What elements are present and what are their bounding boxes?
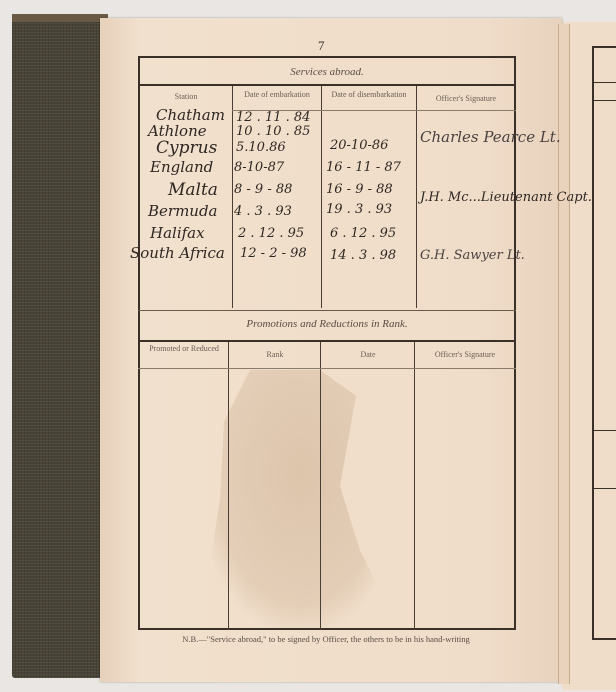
embarkation-cell: 12 . 11 . 84 bbox=[236, 110, 310, 125]
embarkation-cell: 12 - 2 - 98 bbox=[240, 246, 307, 261]
footnote: N.B.—"Service abroad," to be signed by O… bbox=[146, 634, 506, 644]
section-rule bbox=[138, 340, 516, 342]
disembarkation-cell: 16 - 11 - 87 bbox=[326, 160, 401, 175]
col-rank: Rank bbox=[230, 350, 320, 359]
col-officer-signature: Officer's Signature bbox=[418, 94, 514, 103]
station-cell: Bermuda bbox=[148, 202, 218, 220]
column-divider bbox=[414, 342, 415, 630]
officer-signature: G.H. Sawyer Lt. bbox=[420, 248, 525, 263]
officer-signature: Charles Pearce Lt. bbox=[420, 128, 561, 146]
binding-gutter bbox=[558, 24, 570, 684]
facing-page-rule bbox=[594, 100, 616, 101]
disembarkation-cell: 20-10-86 bbox=[330, 138, 388, 153]
column-divider bbox=[228, 342, 229, 630]
station-cell: Halifax bbox=[150, 224, 205, 242]
embarkation-cell: 10 . 10 . 85 bbox=[236, 124, 310, 139]
column-divider bbox=[321, 86, 322, 308]
promotions-title: Promotions and Reductions in Rank. bbox=[140, 318, 514, 330]
embarkation-cell: 8-10-87 bbox=[234, 160, 284, 175]
column-divider bbox=[416, 86, 417, 308]
embarkation-cell: 5.10.86 bbox=[236, 140, 286, 155]
column-divider bbox=[320, 342, 321, 630]
column-divider bbox=[232, 86, 233, 308]
disembarkation-cell: 16 - 9 - 88 bbox=[326, 182, 393, 197]
col-station: Station bbox=[140, 92, 232, 101]
page-number: 7 bbox=[318, 38, 325, 54]
embarkation-cell: 4 . 3 . 93 bbox=[234, 204, 292, 219]
col-embarkation: Date of embarkation bbox=[236, 90, 318, 99]
disembarkation-cell: 19 . 3 . 93 bbox=[326, 202, 392, 217]
embarkation-cell: 8 - 9 - 88 bbox=[234, 182, 292, 197]
header-rule bbox=[138, 368, 516, 369]
facing-page-rule bbox=[594, 430, 616, 431]
facing-page-frame bbox=[592, 46, 616, 640]
embarkation-cell: 2 . 12 . 95 bbox=[238, 226, 304, 241]
section-rule bbox=[138, 310, 516, 311]
disembarkation-cell: 6 . 12 . 95 bbox=[330, 226, 396, 241]
disembarkation-cell: 14 . 3 . 98 bbox=[330, 248, 396, 263]
services-abroad-title: Services abroad. bbox=[140, 66, 514, 78]
spine-top-edge bbox=[12, 14, 108, 22]
station-cell: England bbox=[150, 158, 213, 176]
col-date: Date bbox=[322, 350, 414, 359]
station-cell: Cyprus bbox=[156, 138, 217, 158]
section-rule bbox=[138, 84, 516, 86]
col-promoted-or-reduced: Promoted or Reduced bbox=[140, 344, 228, 353]
officer-signature: J.H. Mc...Lieutenant Capt. bbox=[420, 190, 592, 205]
book-spine bbox=[12, 14, 108, 678]
station-cell: Malta bbox=[168, 180, 218, 200]
facing-page-rule bbox=[594, 82, 616, 83]
station-cell: South Africa bbox=[130, 244, 225, 262]
facing-page-rule bbox=[594, 488, 616, 489]
col-disembarkation: Date of disembarkation bbox=[322, 90, 416, 99]
col-officer-signature: Officer's Signature bbox=[416, 350, 514, 359]
